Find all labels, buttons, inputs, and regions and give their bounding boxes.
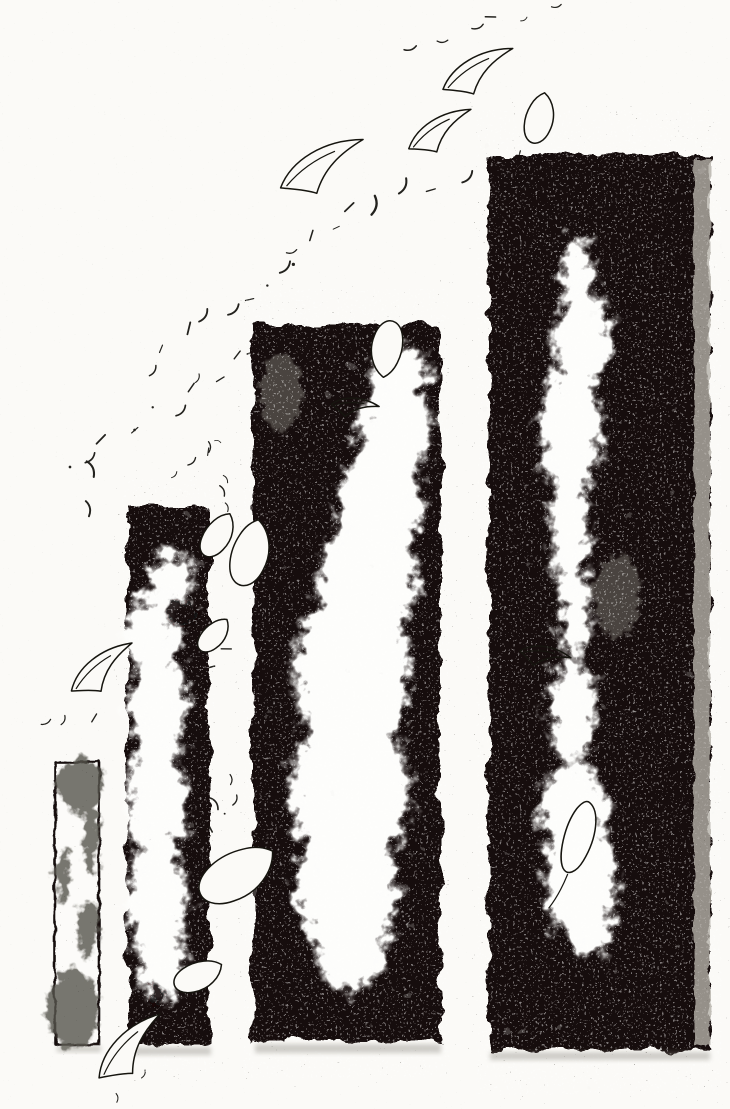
coarse-speckle-layer: [253, 325, 440, 1042]
trail-dot-mark: [133, 429, 136, 432]
trail-dot-mark: [224, 813, 226, 815]
trail-dot-mark: [152, 406, 154, 408]
bar-shadow-band: [57, 1046, 101, 1052]
edge-strip-speckle: [694, 159, 710, 1046]
ink-wash-illustration: [0, 0, 730, 1109]
bar-shadow-band: [255, 1044, 441, 1053]
ink-bar-1: [49, 759, 102, 1050]
bar-shadow-band: [129, 1047, 211, 1055]
bar-shadow-band: [490, 1052, 710, 1060]
ink-bar-3: [245, 317, 448, 1050]
dark-speckle-layer: [57, 764, 97, 1042]
trail-dot-mark: [266, 284, 268, 286]
artwork-canvas: [0, 0, 730, 1109]
ink-bar-4: [480, 147, 718, 1058]
trail-dot-mark: [69, 466, 72, 469]
coarse-speckle-layer: [488, 155, 710, 1050]
trail-dot-mark: [292, 263, 295, 266]
